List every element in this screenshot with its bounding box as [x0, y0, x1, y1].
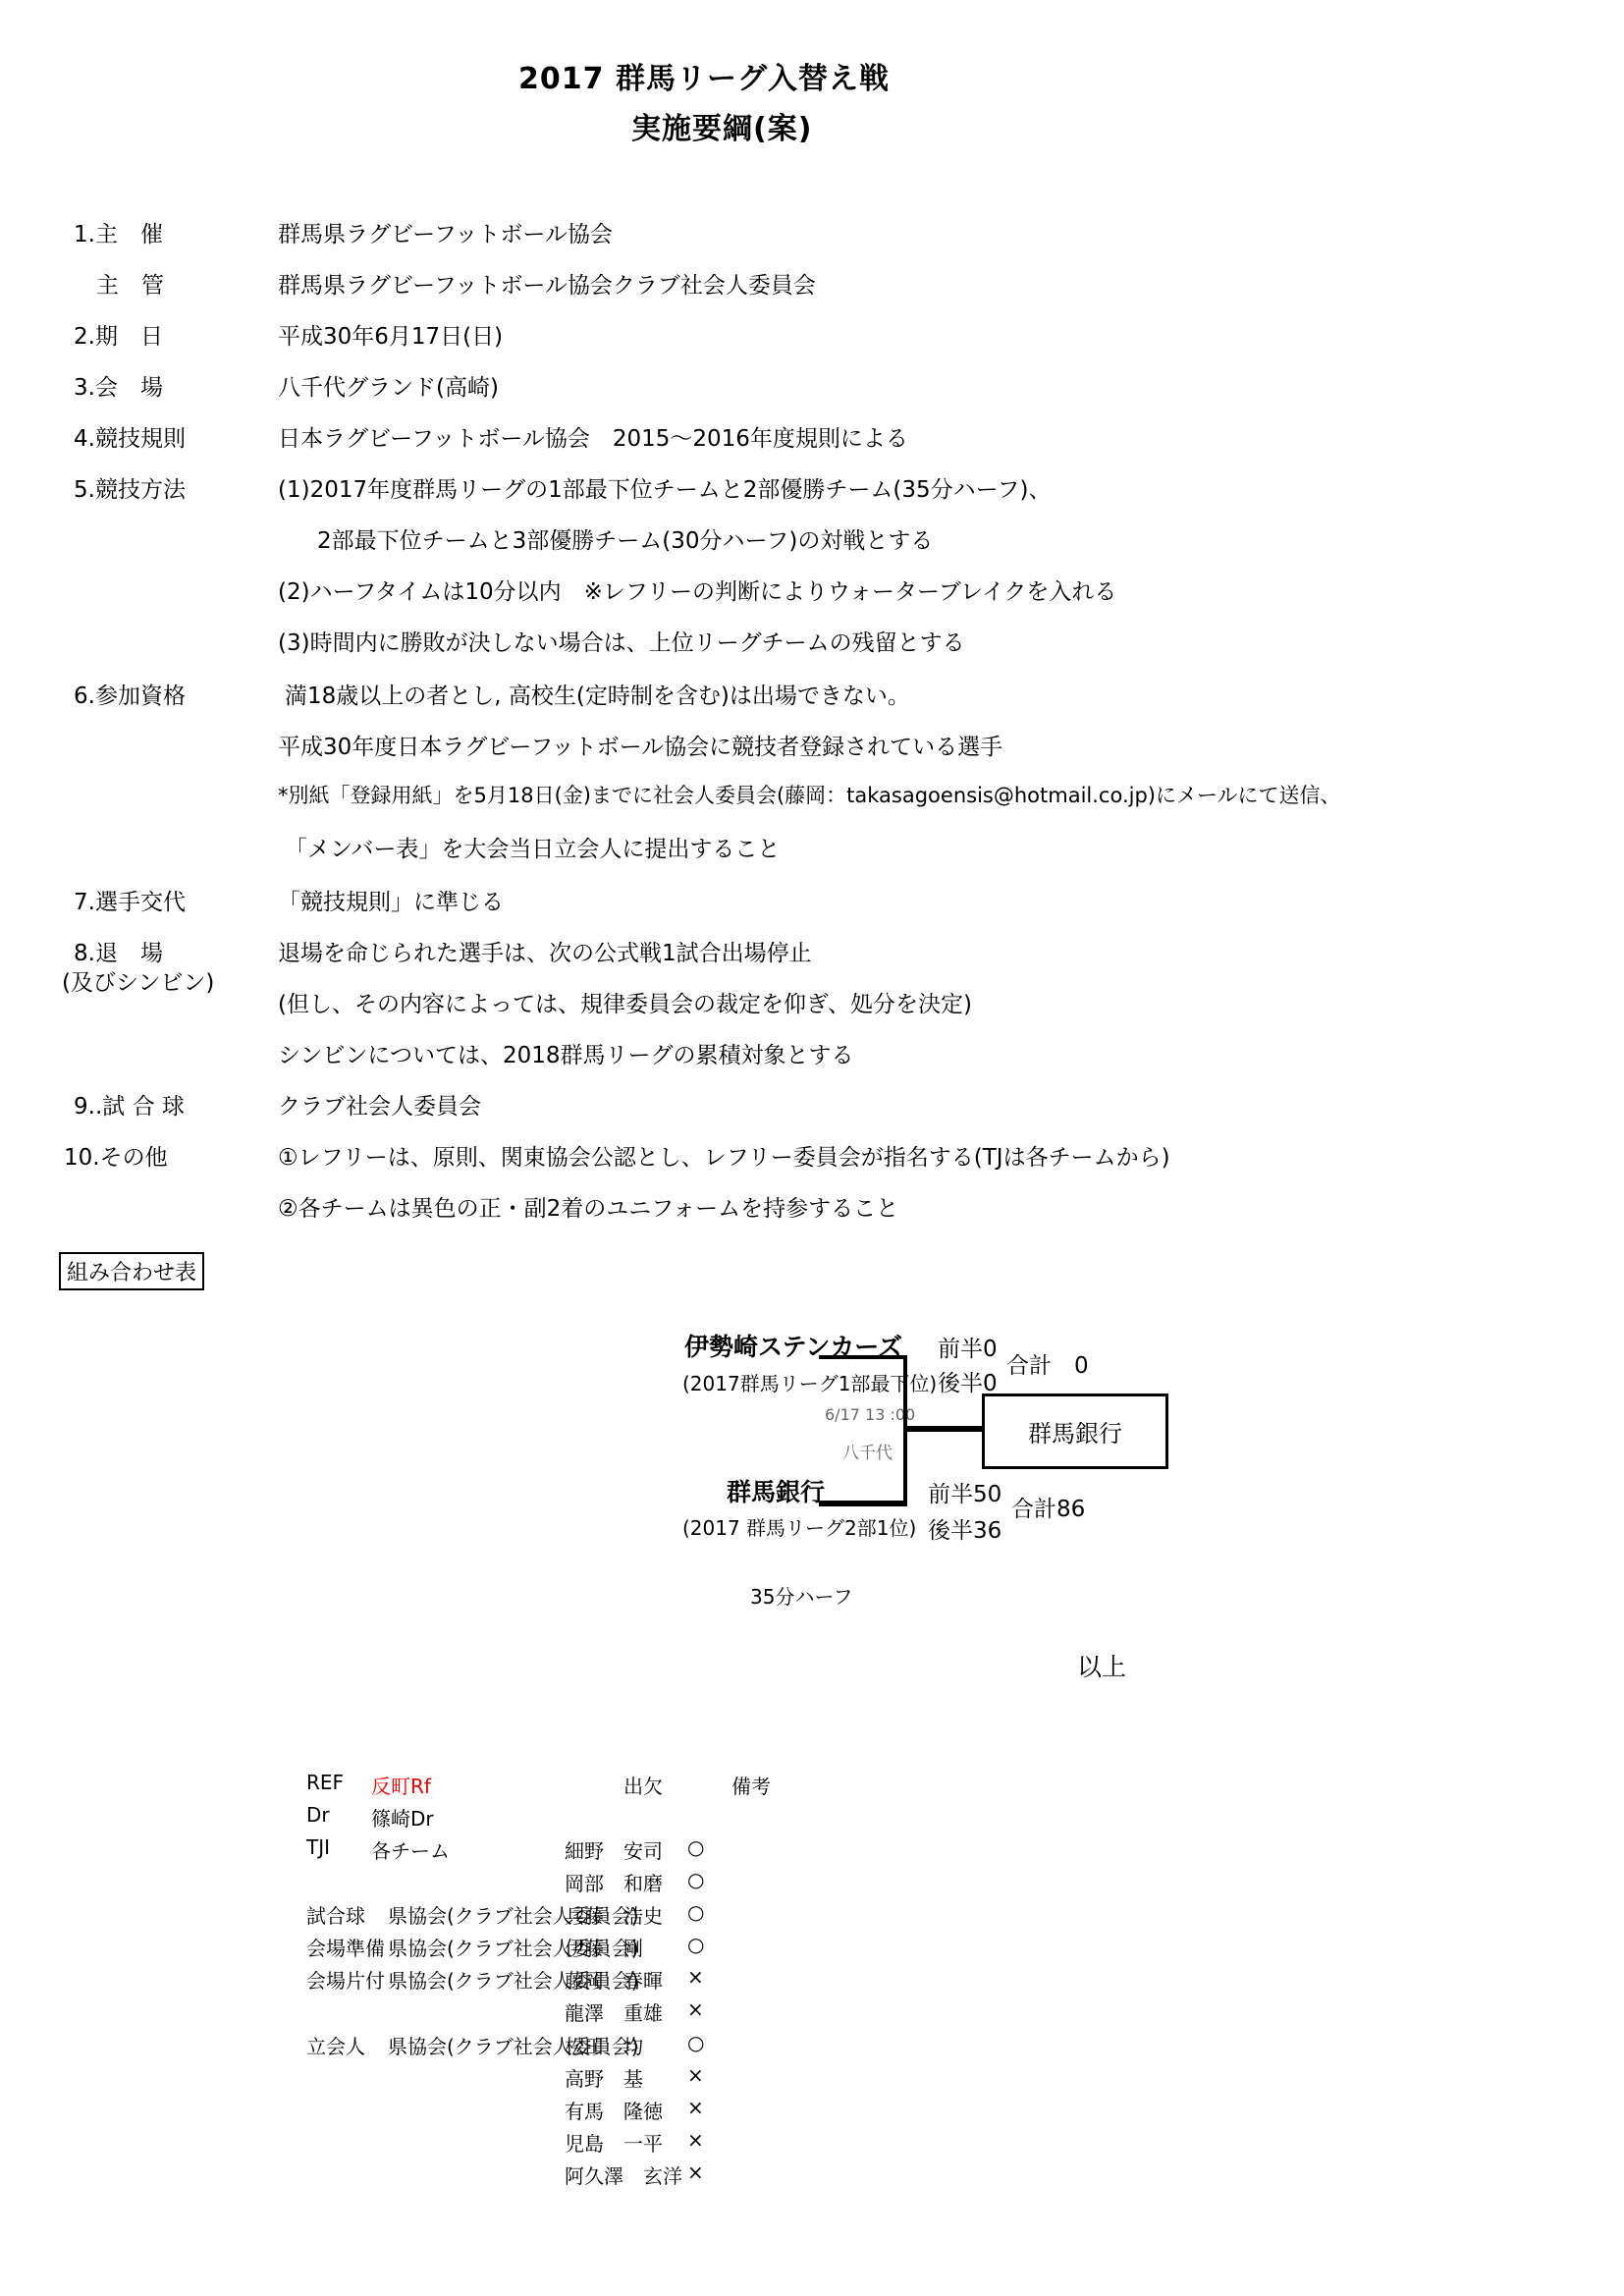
member-status: ×: [687, 1965, 704, 1989]
official-role: 立会人: [306, 2031, 365, 2059]
section-text: 群馬県ラグビーフットボール協会: [278, 216, 613, 248]
member-status: ○: [687, 1933, 704, 1956]
section-label: 7.選手交代: [74, 884, 186, 916]
section-label: 主 管: [74, 267, 164, 300]
team1-first-half: 前半0: [938, 1331, 998, 1363]
section-text: 日本ラグビーフットボール協会 2015～2016年度規則による: [278, 420, 908, 453]
team2-first-half: 前半50: [928, 1476, 1001, 1508]
member-name: 伊藤 剛: [565, 1933, 643, 1961]
official-role: REF: [306, 1771, 344, 1794]
official-role: 試合球: [306, 1900, 365, 1929]
member-status: ×: [687, 2160, 704, 2184]
notes-header: 備考: [731, 1771, 771, 1799]
team1-second-half: 後半0: [938, 1365, 998, 1397]
member-status: ○: [687, 1900, 704, 1924]
section-text: ②各チームは異色の正・副2着のユニフォームを持参すること: [278, 1190, 898, 1223]
official-role: Dr: [306, 1803, 330, 1827]
section-text: 群馬県ラグビーフットボール協会クラブ社会人委員会: [278, 267, 816, 300]
match-datetime: 6/17 13 :00: [825, 1405, 915, 1424]
bracket-heading: 組み合わせ表: [59, 1252, 204, 1290]
team2-name: 群馬銀行: [727, 1473, 825, 1508]
section-text: 「競技規則」に準じる: [278, 884, 504, 916]
member-name: 細野 安司: [565, 1835, 663, 1864]
section-sublabel: (及びシンビン): [62, 964, 214, 997]
member-status: ×: [687, 2096, 704, 2119]
team1-note: (2017群馬リーグ1部最下位): [682, 1368, 937, 1396]
section-label: 1.主 催: [74, 216, 163, 248]
member-name: 藤岡 春暉: [565, 1965, 663, 1994]
section-label: 6.参加資格: [74, 678, 186, 710]
section-label: 8.退 場: [74, 935, 163, 967]
section-text: 平成30年6月17日(日): [278, 318, 503, 351]
bracket-line: [819, 1501, 907, 1506]
member-status: ×: [687, 1997, 704, 2021]
doc-title: 2017 群馬リーグ入替え戦: [518, 54, 890, 97]
match-format: 35分ハーフ: [750, 1581, 852, 1610]
section-label: 10.その他: [64, 1139, 168, 1172]
official-role: 会場片付: [306, 1965, 385, 1994]
section-text: 2部最下位チームと3部優勝チーム(30分ハーフ)の対戦とする: [295, 522, 933, 555]
member-status: ×: [687, 2063, 704, 2087]
team2-total: 合計86: [1011, 1491, 1085, 1523]
attendance-header: 出欠: [623, 1771, 663, 1799]
section-text: 「メンバー表」を大会当日立会人に提出すること: [285, 831, 780, 863]
section-text: シンビンについては、2018群馬リーグの累積対象とする: [278, 1037, 854, 1069]
section-label: 3.会 場: [74, 369, 163, 402]
section-label: 9..試 合 球: [74, 1088, 185, 1121]
section-text: ①レフリーは、原則、関東協会公認とし、レフリー委員会が指名する(TJは各チームか…: [278, 1139, 1170, 1172]
section-text: クラブ社会人委員会: [278, 1088, 481, 1121]
member-name: 児島 一平: [565, 2128, 663, 2157]
section-text: (3)時間内に勝敗が決しない場合は、上位リーグチームの残留とする: [278, 625, 965, 657]
section-text: 退場を命じられた選手は、次の公式戦1試合出場停止: [278, 935, 812, 967]
section-text: 平成30年度日本ラグビーフットボール協会に競技者登録されている選手: [278, 729, 1002, 761]
member-name: 松田 均: [565, 2031, 643, 2059]
member-status: ○: [687, 2031, 704, 2054]
section-text: 満18歳以上の者とし, 高校生(定時制を含む)は出場できない。: [285, 678, 910, 710]
match-venue: 八千代: [842, 1439, 893, 1463]
member-status: ○: [687, 1835, 704, 1859]
section-text: (但し、その内容によっては、規律委員会の裁定を仰ぎ、処分を決定): [278, 986, 972, 1018]
official-value: 各チーム: [371, 1835, 450, 1864]
section-label: 5.競技方法: [74, 471, 186, 504]
member-name: 兵藤 浩史: [565, 1900, 663, 1929]
team2-note: (2017 群馬リーグ2部1位): [682, 1512, 916, 1541]
section-label: 2.期 日: [74, 318, 163, 351]
official-role: TJI: [306, 1835, 330, 1859]
closing-text: 以上: [1077, 1648, 1126, 1683]
official-value: 反町Rf: [371, 1771, 431, 1799]
winner-box: 群馬銀行: [982, 1394, 1168, 1469]
section-text: (1)2017年度群馬リーグの1部最下位チームと2部優勝チーム(35分ハーフ)、: [278, 471, 1051, 504]
bracket-line: [819, 1355, 907, 1359]
section-label: 4.競技規則: [74, 420, 186, 453]
member-name: 岡部 和磨: [565, 1868, 663, 1896]
doc-subtitle: 実施要綱(案): [631, 104, 812, 147]
official-role: 会場準備: [306, 1933, 385, 1961]
member-name: 阿久澤 玄洋: [565, 2160, 682, 2189]
section-text: (2)ハーフタイムは10分以内 ※レフリーの判断によりウォーターブレイクを入れる: [278, 574, 1116, 606]
member-status: ×: [687, 2128, 704, 2152]
section-text: 八千代グランド(高崎): [278, 369, 499, 402]
bracket-line: [907, 1426, 984, 1432]
member-name: 高野 基: [565, 2063, 643, 2092]
member-name: 有馬 隆徳: [565, 2096, 663, 2124]
team2-second-half: 後半36: [928, 1512, 1001, 1545]
team1-total: 合計 0: [1006, 1347, 1089, 1380]
member-status: ○: [687, 1868, 704, 1891]
official-value: 篠崎Dr: [371, 1803, 434, 1831]
member-name: 龍澤 重雄: [565, 1997, 663, 2026]
section-text: *別紙「登録用紙」を5月18日(金)までに社会人委員会(藤岡：takasagoe…: [278, 780, 1341, 809]
